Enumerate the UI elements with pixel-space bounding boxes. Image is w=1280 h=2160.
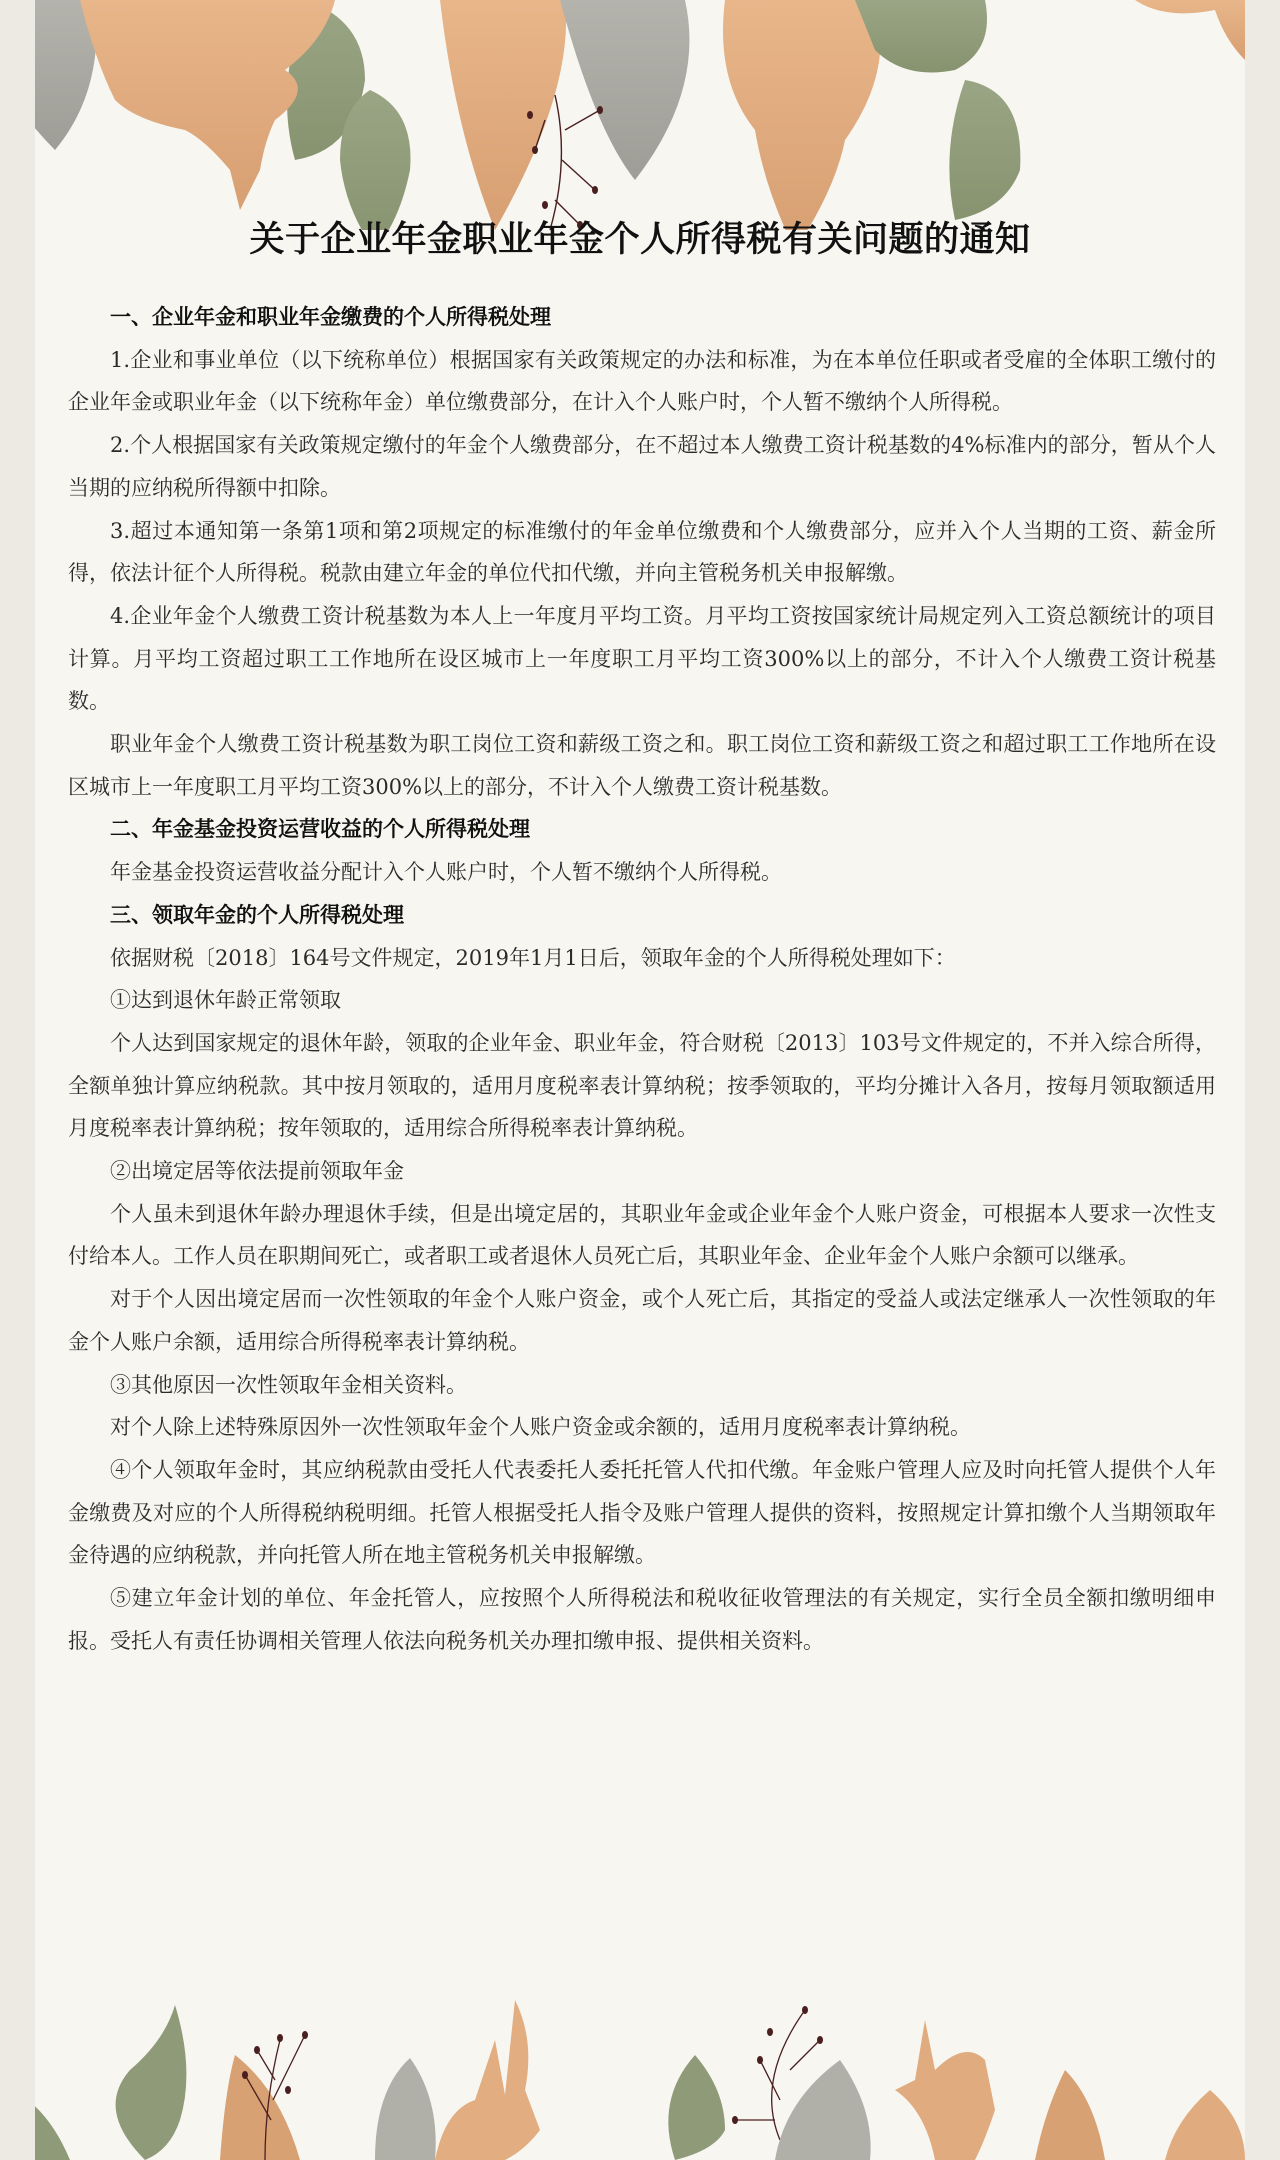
paragraph: 依据财税〔2018〕164号文件规定，2019年1月1日后，领取年金的个人所得税… [68,937,1216,980]
paragraph: 年金基金投资运营收益分配计入个人账户时，个人暂不缴纳个人所得税。 [68,851,1216,894]
paragraph-item-5: ⑤建立年金计划的单位、年金托管人，应按照个人所得税法和税收征收管理法的有关规定，… [68,1577,1216,1662]
paragraph: 1.企业和事业单位（以下统称单位）根据国家有关政策规定的办法和标准，为在本单位任… [68,339,1216,424]
paragraph: 2.个人根据国家有关政策规定缴付的年金个人缴费部分，在不超过本人缴费工资计税基数… [68,424,1216,509]
paragraph: 个人达到国家规定的退休年龄，领取的企业年金、职业年金，符合财税〔2013〕103… [68,1022,1216,1150]
section-heading-1: 一、企业年金和职业年金缴费的个人所得税处理 [68,296,1216,339]
paragraph: 对于个人因出境定居而一次性领取的年金个人账户资金，或个人死亡后，其指定的受益人或… [68,1278,1216,1363]
page-title: 关于企业年金职业年金个人所得税有关问题的通知 [35,212,1245,262]
notice-page: 关于企业年金职业年金个人所得税有关问题的通知 一、企业年金和职业年金缴费的个人所… [35,0,1245,2160]
paragraph: 4.企业年金个人缴费工资计税基数为本人上一年度月平均工资。月平均工资按国家统计局… [68,595,1216,723]
paragraph: 3.超过本通知第一条第1项和第2项规定的标准缴付的年金单位缴费和个人缴费部分，应… [68,510,1216,595]
paragraph-item-4: ④个人领取年金时，其应纳税款由受托人代表委托人委托托管人代扣代缴。年金账户管理人… [68,1449,1216,1577]
subheading-item-3: ③其他原因一次性领取年金相关资料。 [68,1364,1216,1407]
section-heading-2: 二、年金基金投资运营收益的个人所得税处理 [68,808,1216,851]
leaf-border-top-icon [35,0,1245,230]
paragraph: 职业年金个人缴费工资计税基数为职工岗位工资和薪级工资之和。职工岗位工资和薪级工资… [68,723,1216,808]
notice-body: 一、企业年金和职业年金缴费的个人所得税处理 1.企业和事业单位（以下统称单位）根… [68,296,1216,1663]
subheading-item-1: ①达到退休年龄正常领取 [68,979,1216,1022]
paragraph: 对个人除上述特殊原因外一次性领取年金个人账户资金或余额的，适用月度税率表计算纳税… [68,1406,1216,1449]
leaf-border-bottom-icon [35,1980,1245,2160]
paragraph: 个人虽未到退休年龄办理退休手续，但是出境定居的，其职业年金或企业年金个人账户资金… [68,1193,1216,1278]
subheading-item-2: ②出境定居等依法提前领取年金 [68,1150,1216,1193]
section-heading-3: 三、领取年金的个人所得税处理 [68,894,1216,937]
